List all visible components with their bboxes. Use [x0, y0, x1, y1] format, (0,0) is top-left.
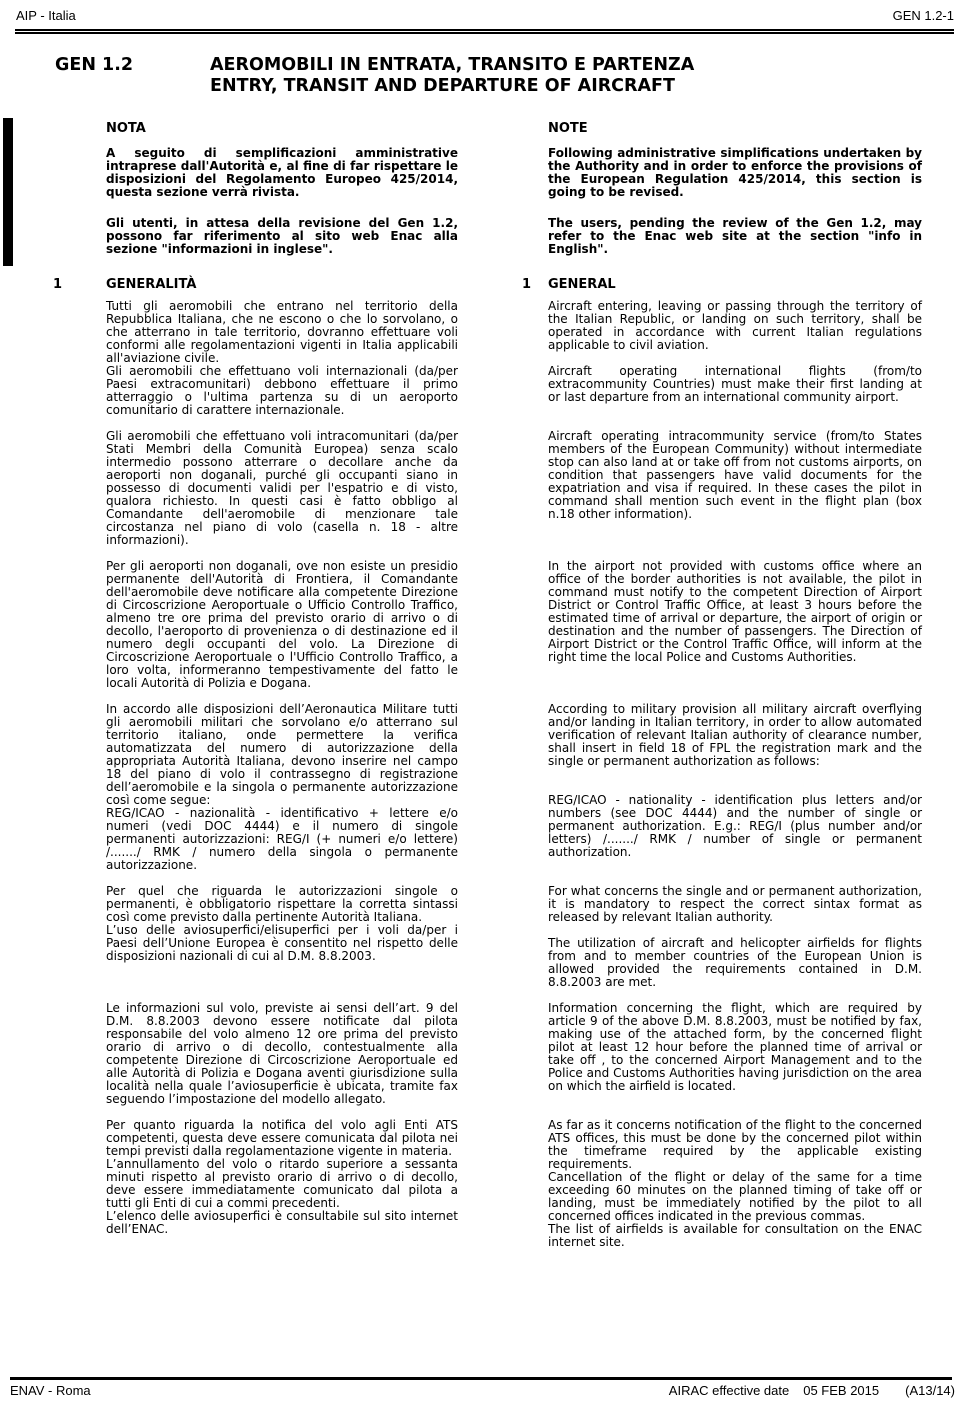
section-code: GEN 1.2 — [55, 55, 210, 97]
paragraph-it: L’annullamento del volo o ritardo superi… — [106, 1158, 458, 1210]
paragraph-en: The users, pending the review of the Gen… — [548, 217, 922, 256]
note-row: Gli utenti, in attesa della revisione de… — [53, 217, 922, 256]
section-title-en: ENTRY, TRANSIT AND DEPARTURE OF AIRCRAFT — [210, 76, 694, 97]
page-header: AIP - Italia GEN 1.2-1 — [16, 8, 954, 23]
paragraph-en: Aircraft operating international flights… — [548, 365, 922, 404]
amendment-reference: (A13/14) — [905, 1383, 955, 1398]
paragraph-en: Information concerning the flight, which… — [548, 1002, 922, 1093]
general-section: 1 GENERALITÀ 1 GENERAL Tutti gli aeromob… — [53, 278, 922, 1249]
section-number-it: 1 — [53, 278, 106, 291]
page-content: NOTA NOTE A seguito di semplificazioni a… — [53, 122, 922, 1249]
paragraph-en: The list of airfields is available for c… — [548, 1223, 922, 1249]
paragraph-it: Tutti gli aeromobili che entrano nel ter… — [106, 300, 458, 365]
content-row: Per quel che riguarda le autorizzazioni … — [53, 885, 922, 989]
section-number-en: 1 — [490, 278, 548, 291]
note-heading-it: NOTA — [106, 122, 458, 135]
change-bar — [3, 118, 13, 266]
paragraph-it: Le informazioni sul volo, previste ai se… — [106, 1002, 458, 1106]
footer-airac-block: AIRAC effective date 05 FEB 2015 (A13/14… — [669, 1383, 955, 1398]
header-rule — [15, 29, 954, 34]
general-heading-en: GENERAL — [548, 278, 922, 291]
note-row: A seguito di semplificazioni amministrat… — [53, 147, 922, 199]
paragraph-en: Aircraft operating intracommunity servic… — [548, 430, 922, 521]
paragraph-en: Following administrative simplifications… — [548, 147, 922, 199]
content-row: Gli aeromobili che effettuano voli intra… — [53, 430, 922, 547]
paragraph-it: L’elenco delle aviosuperfici è consultab… — [106, 1210, 458, 1236]
paragraph-it: Per gli aeroporti non doganali, ove non … — [106, 560, 458, 690]
content-row: In accordo alle disposizioni dell’Aerona… — [53, 703, 922, 872]
content-row: Per quanto riguarda la notifica del volo… — [53, 1119, 922, 1249]
note-heading-en: NOTE — [548, 122, 922, 135]
content-row: Per gli aeroporti non doganali, ove non … — [53, 560, 922, 690]
paragraph-en: Aircraft entering, leaving or passing th… — [548, 300, 922, 352]
paragraph-it: Gli utenti, in attesa della revisione de… — [106, 217, 458, 256]
general-heading-row: 1 GENERALITÀ 1 GENERAL — [53, 278, 922, 291]
paragraph-en: For what concerns the single and or perm… — [548, 885, 922, 924]
section-title: GEN 1.2 AEROMOBILI IN ENTRATA, TRANSITO … — [55, 55, 694, 97]
content-row: Le informazioni sul volo, previste ai se… — [53, 1002, 922, 1106]
footer-organization: ENAV - Roma — [10, 1383, 91, 1398]
paragraph-en: In the airport not provided with customs… — [548, 560, 922, 664]
section-title-text: AEROMOBILI IN ENTRATA, TRANSITO E PARTEN… — [210, 55, 694, 97]
header-publication-title: AIP - Italia — [16, 8, 76, 23]
paragraph-en: As far as it concerns notification of th… — [548, 1119, 922, 1171]
paragraph-it: Gli aeromobili che effettuano voli intra… — [106, 430, 458, 547]
paragraph-it: REG/ICAO - nazionalità - identificativo … — [106, 807, 458, 872]
airac-effective-label: AIRAC effective date — [669, 1383, 789, 1398]
paragraph-it: Per quel che riguarda le autorizzazioni … — [106, 885, 458, 924]
section-title-it: AEROMOBILI IN ENTRATA, TRANSITO E PARTEN… — [210, 55, 694, 76]
header-page-reference: GEN 1.2-1 — [893, 8, 954, 23]
general-heading-it: GENERALITÀ — [106, 278, 458, 291]
note-heading-row: NOTA NOTE — [53, 122, 922, 135]
paragraph-it: In accordo alle disposizioni dell’Aerona… — [106, 703, 458, 807]
paragraph-it: L’uso delle aviosuperfici/elisuperfici p… — [106, 924, 458, 963]
note-section: NOTA NOTE A seguito di semplificazioni a… — [53, 122, 922, 256]
paragraph-en: According to military provision all mili… — [548, 703, 922, 768]
content-row: Tutti gli aeromobili che entrano nel ter… — [53, 300, 922, 417]
footer-rule — [10, 1377, 952, 1380]
page-footer: ENAV - Roma AIRAC effective date 05 FEB … — [10, 1383, 955, 1398]
paragraph-en: REG/ICAO - nationality - identification … — [548, 794, 922, 859]
paragraph-it: A seguito di semplificazioni amministrat… — [106, 147, 458, 199]
paragraph-it: Gli aeromobili che effettuano voli inter… — [106, 365, 458, 417]
paragraph-it: Per quanto riguarda la notifica del volo… — [106, 1119, 458, 1158]
paragraph-en: Cancellation of the flight or delay of t… — [548, 1171, 922, 1223]
paragraph-en: The utilization of aircraft and helicopt… — [548, 937, 922, 989]
airac-effective-date: 05 FEB 2015 — [803, 1383, 879, 1398]
